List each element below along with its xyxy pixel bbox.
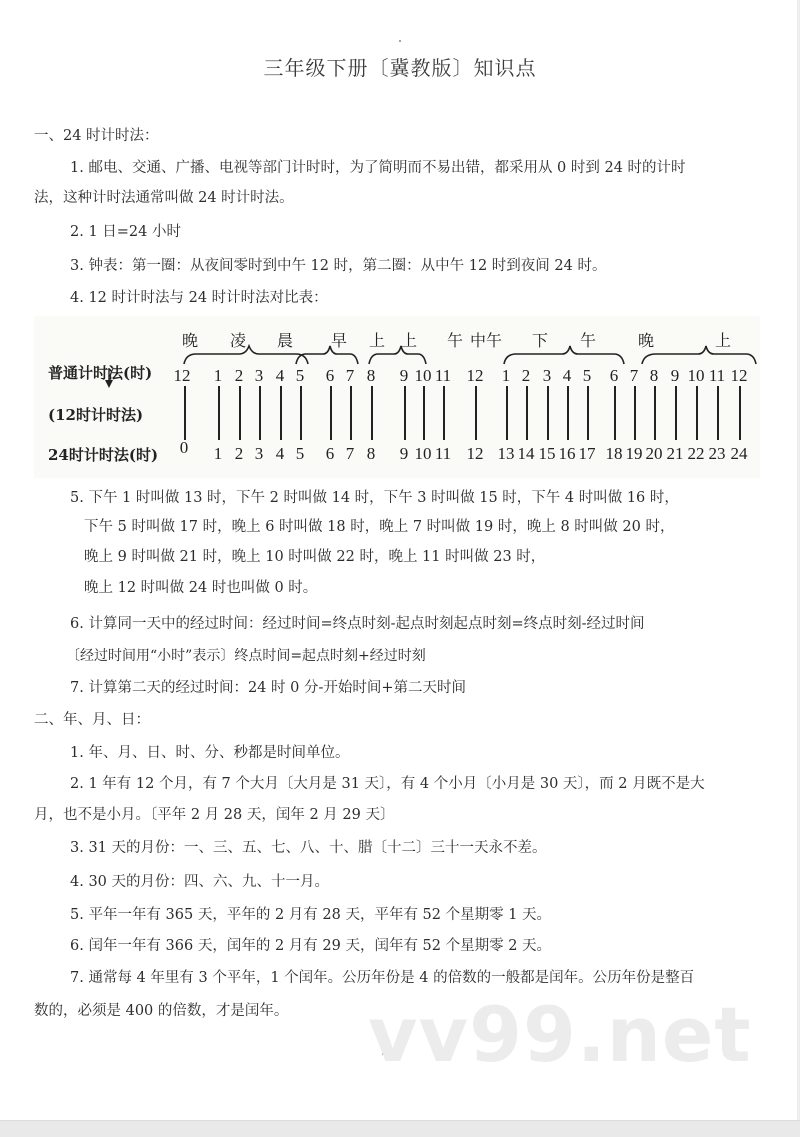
tick-line: [526, 386, 528, 440]
period-label: 午: [580, 328, 596, 351]
hour-24h: 6: [320, 444, 340, 464]
hour-12h: 6: [320, 366, 340, 386]
paragraph: 数的，必须是 400 的倍数，才是闰年。: [34, 1001, 288, 1021]
tick-line: [587, 386, 589, 440]
hour-12h: 10: [686, 366, 706, 386]
paragraph: 5. 下午 1 时叫做 13 时，下午 2 时叫做 14 时，下午 3 时叫做 …: [70, 488, 679, 508]
tick-line: [443, 386, 445, 440]
hour-24h: 19: [624, 444, 644, 464]
tick-line: [371, 386, 373, 440]
hour-24h: 22: [686, 444, 706, 464]
hour-12h: 7: [340, 366, 360, 386]
paragraph: 4. 30 天的月份：四、六、九、十一月。: [70, 872, 329, 892]
hour-24h: 18: [604, 444, 624, 464]
hour-24h: 10: [413, 444, 433, 464]
hour-24h: 3: [249, 444, 269, 464]
page-bottom-strip: [0, 1120, 800, 1137]
paragraph: 4. 12 时计时法与 24 时计时法对比表：: [70, 288, 328, 308]
hour-12h: 3: [537, 366, 557, 386]
hour-24h: 5: [290, 444, 310, 464]
hour-12h: 9: [665, 366, 685, 386]
period-label: 早: [331, 328, 347, 351]
hour-12h: 10: [413, 366, 433, 386]
hour-24h: 14: [516, 444, 536, 464]
tick-line: [506, 386, 508, 440]
hour-12h: 4: [557, 366, 577, 386]
tick-line: [239, 386, 241, 440]
tick-line: [475, 386, 477, 440]
row-label-12h: (12时计时法): [48, 404, 143, 425]
hour-12h: 12: [172, 366, 192, 386]
paragraph: 〔经过时间用“小时”表示〕终点时间=起点时刻+经过时刻: [66, 646, 426, 666]
hour-12h: 6: [604, 366, 624, 386]
paragraph: 6. 闰年一年有 366 天，闰年的 2 月有 29 天，闰年有 52 个星期零…: [70, 936, 551, 956]
hour-24h: 8: [361, 444, 381, 464]
paragraph: 7. 通常每 4 年里有 3 个平年，1 个闰年。公历年份是 4 的倍数的一般都…: [70, 968, 694, 988]
paragraph: 晚上 12 时叫做 24 时也叫做 0 时。: [84, 578, 317, 598]
tick-line: [184, 386, 186, 440]
hour-24h: 21: [665, 444, 685, 464]
paragraph: 7. 计算第二天的经过时间：24 时 0 分-开始时间+第二天时间: [70, 678, 466, 698]
period-label: 午: [447, 328, 463, 351]
hour-24h: 20: [644, 444, 664, 464]
hour-12h: 2: [516, 366, 536, 386]
tick-line: [330, 386, 332, 440]
period-label: 晚: [638, 328, 654, 351]
hour-12h: 1: [496, 366, 516, 386]
tick-line: [300, 386, 302, 440]
hour-24h: 12: [465, 444, 485, 464]
tick-line: [259, 386, 261, 440]
paragraph: 法，这种计时法通常叫做 24 时计时法。: [34, 188, 294, 208]
hour-24h: 1: [208, 444, 228, 464]
tick-line: [567, 386, 569, 440]
paragraph: 2. 1 日=24 小时: [70, 222, 181, 242]
page-mark: [399, 40, 401, 42]
hour-12h: 7: [624, 366, 644, 386]
section-heading-ymd: 二、年、月、日：: [34, 710, 150, 730]
row-label-24h: 24时计时法(时): [48, 444, 158, 465]
hour-12h: 9: [394, 366, 414, 386]
hour-24h: 4: [270, 444, 290, 464]
period-label: 下: [532, 328, 548, 351]
hour-24h: 7: [340, 444, 360, 464]
section-heading-24h: 一、24 时计时法：: [34, 126, 159, 146]
tick-line: [634, 386, 636, 440]
paragraph: 晚上 9 时叫做 21 时，晚上 10 时叫做 22 时，晚上 11 时叫做 2…: [84, 547, 545, 567]
hour-12h: 4: [270, 366, 290, 386]
tick-line: [654, 386, 656, 440]
hour-24h: 0: [174, 438, 194, 458]
tick-line: [717, 386, 719, 440]
watermark: vv99.net: [368, 990, 752, 1079]
paragraph: 下午 5 时叫做 17 时，晚上 6 时叫做 18 时，晚上 7 时叫做 19 …: [84, 517, 674, 537]
period-label: 晨: [277, 328, 293, 351]
tick-line: [739, 386, 741, 440]
page-title: 三年级下册〔冀教版〕知识点: [0, 52, 800, 81]
hour-12h: 5: [290, 366, 310, 386]
tick-line: [404, 386, 406, 440]
tick-line: [547, 386, 549, 440]
hour-12h: 12: [465, 366, 485, 386]
paragraph: 月，也不是小月。〔平年 2 月 28 天，闰年 2 月 29 天〕: [34, 805, 394, 825]
paragraph: 1. 年、月、日、时、分、秒都是时间单位。: [70, 743, 349, 763]
paragraph: 2. 1 年有 12 个月，有 7 个大月〔大月是 31 天〕，有 4 个小月〔…: [70, 774, 705, 794]
hour-24h: 17: [577, 444, 597, 464]
paragraph: 3. 31 天的月份：一、三、五、七、八、十、腊〔十二〕三十一天永不差。: [70, 838, 547, 858]
tick-line: [696, 386, 698, 440]
hour-24h: 24: [729, 444, 749, 464]
hour-24h: 9: [394, 444, 414, 464]
hour-24h: 15: [537, 444, 557, 464]
time-comparison-diagram: 普通计时法(时) (12时计时法) 24时计时法(时) 晚 凌 晨 早 上 上 …: [34, 316, 760, 478]
tick-line: [675, 386, 677, 440]
paragraph: 3. 钟表：第一圈：从夜间零时到中午 12 时，第二圈：从中午 12 时到夜间 …: [70, 256, 606, 276]
paragraph: 5. 平年一年有 365 天，平年的 2 月有 28 天，平年有 52 个星期零…: [70, 905, 551, 925]
hour-12h: 3: [249, 366, 269, 386]
hour-24h: 16: [557, 444, 577, 464]
tick-line: [218, 386, 220, 440]
tick-line: [280, 386, 282, 440]
hour-12h: 8: [644, 366, 664, 386]
hour-12h: 11: [707, 366, 727, 386]
hour-24h: 13: [496, 444, 516, 464]
period-label: 中午: [470, 328, 502, 351]
hour-12h: 11: [433, 366, 453, 386]
hour-12h: 12: [729, 366, 749, 386]
tick-line: [614, 386, 616, 440]
period-label: 晚: [182, 328, 198, 351]
period-label: 上: [401, 328, 417, 351]
hour-12h: 1: [208, 366, 228, 386]
hour-24h: 2: [229, 444, 249, 464]
period-label: 凌: [230, 328, 246, 351]
hour-12h: 8: [361, 366, 381, 386]
hour-24h: 23: [707, 444, 727, 464]
hour-12h: 5: [577, 366, 597, 386]
paragraph: 6. 计算同一天中的经过时间：经过时间=终点时刻-起点时刻起点时刻=终点时刻-经…: [70, 614, 645, 634]
period-label: 上: [715, 328, 731, 351]
period-label: 上: [369, 328, 385, 351]
tick-line: [423, 386, 425, 440]
hour-24h: 11: [433, 444, 453, 464]
row-label-normal: 普通计时法(时): [48, 362, 152, 383]
paragraph: 1. 邮电、交通、广播、电视等部门计时时，为了简明而不易出错，都采用从 0 时到…: [70, 158, 686, 178]
tick-line: [350, 386, 352, 440]
hour-12h: 2: [229, 366, 249, 386]
